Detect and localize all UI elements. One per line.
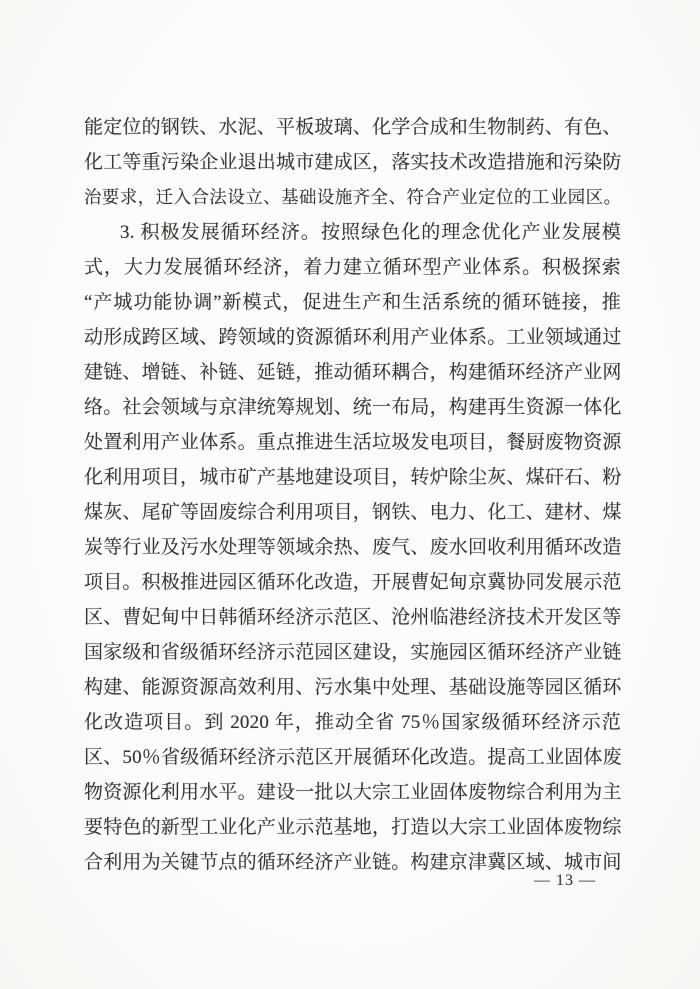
document-page: 能定位的钢铁、水泥、平板玻璃、化学合成和生物制药、有色、化工等重污染企业退出城市…	[0, 0, 700, 989]
text-line: 构建、能源资源高效利用、污水集中处理、基础设施等园区循环	[84, 670, 621, 705]
text-line: 治要求，迁入合法设立、基础设施齐全、符合产业定位的工业园区。	[84, 180, 621, 215]
text-line: 化工等重污染企业退出城市建成区，落实技术改造措施和污染防	[84, 145, 621, 180]
text-line: 络。社会领域与京津统筹规划、统一布局，构建再生资源一体化	[84, 390, 621, 425]
text-line: “产城功能协调”新模式，促进生产和生活系统的循环链接，推	[84, 285, 621, 320]
text-line: 炭等行业及污水处理等领域余热、废气、废水回收利用循环改造	[84, 530, 621, 565]
text-line: 项目。积极推进园区循环化改造，开展曹妃甸京冀协同发展示范	[84, 565, 621, 600]
text-line: 式，大力发展循环经济，着力建立循环型产业体系。积极探索	[84, 250, 621, 285]
text-line: 3. 积极发展循环经济。按照绿色化的理念优化产业发展模	[84, 215, 621, 250]
text-line: 煤灰、尾矿等固废综合利用项目，钢铁、电力、化工、建材、煤	[84, 495, 621, 530]
page-number: — 13 —	[534, 872, 596, 890]
text-line: 能定位的钢铁、水泥、平板玻璃、化学合成和生物制药、有色、	[84, 110, 621, 145]
text-line: 化改造项目。到 2020 年，推动全省 75％国家级循环经济示范	[84, 705, 621, 740]
text-line: 建链、增链、补链、延链，推动循环耦合，构建循环经济产业网	[84, 355, 621, 390]
text-line: 动形成跨区域、跨领域的资源循环利用产业体系。工业领域通过	[84, 320, 621, 355]
text-line: 处置利用产业体系。重点推进生活垃圾发电项目，餐厨废物资源	[84, 425, 621, 460]
body-text: 能定位的钢铁、水泥、平板玻璃、化学合成和生物制药、有色、化工等重污染企业退出城市…	[84, 110, 621, 880]
text-line: 化利用项目，城市矿产基地建设项目，转炉除尘灰、煤矸石、粉	[84, 460, 621, 495]
text-line: 区、50％省级循环经济示范区开展循环化改造。提高工业固体废	[84, 740, 621, 775]
text-line: 物资源化利用水平。建设一批以大宗工业固体废物综合利用为主	[84, 775, 621, 810]
text-line: 区、曹妃甸中日韩循环经济示范区、沧州临港经济技术开发区等	[84, 600, 621, 635]
text-line: 国家级和省级循环经济示范园区建设，实施园区循环经济产业链	[84, 635, 621, 670]
text-line: 要特色的新型工业化产业示范基地，打造以大宗工业固体废物综	[84, 810, 621, 845]
